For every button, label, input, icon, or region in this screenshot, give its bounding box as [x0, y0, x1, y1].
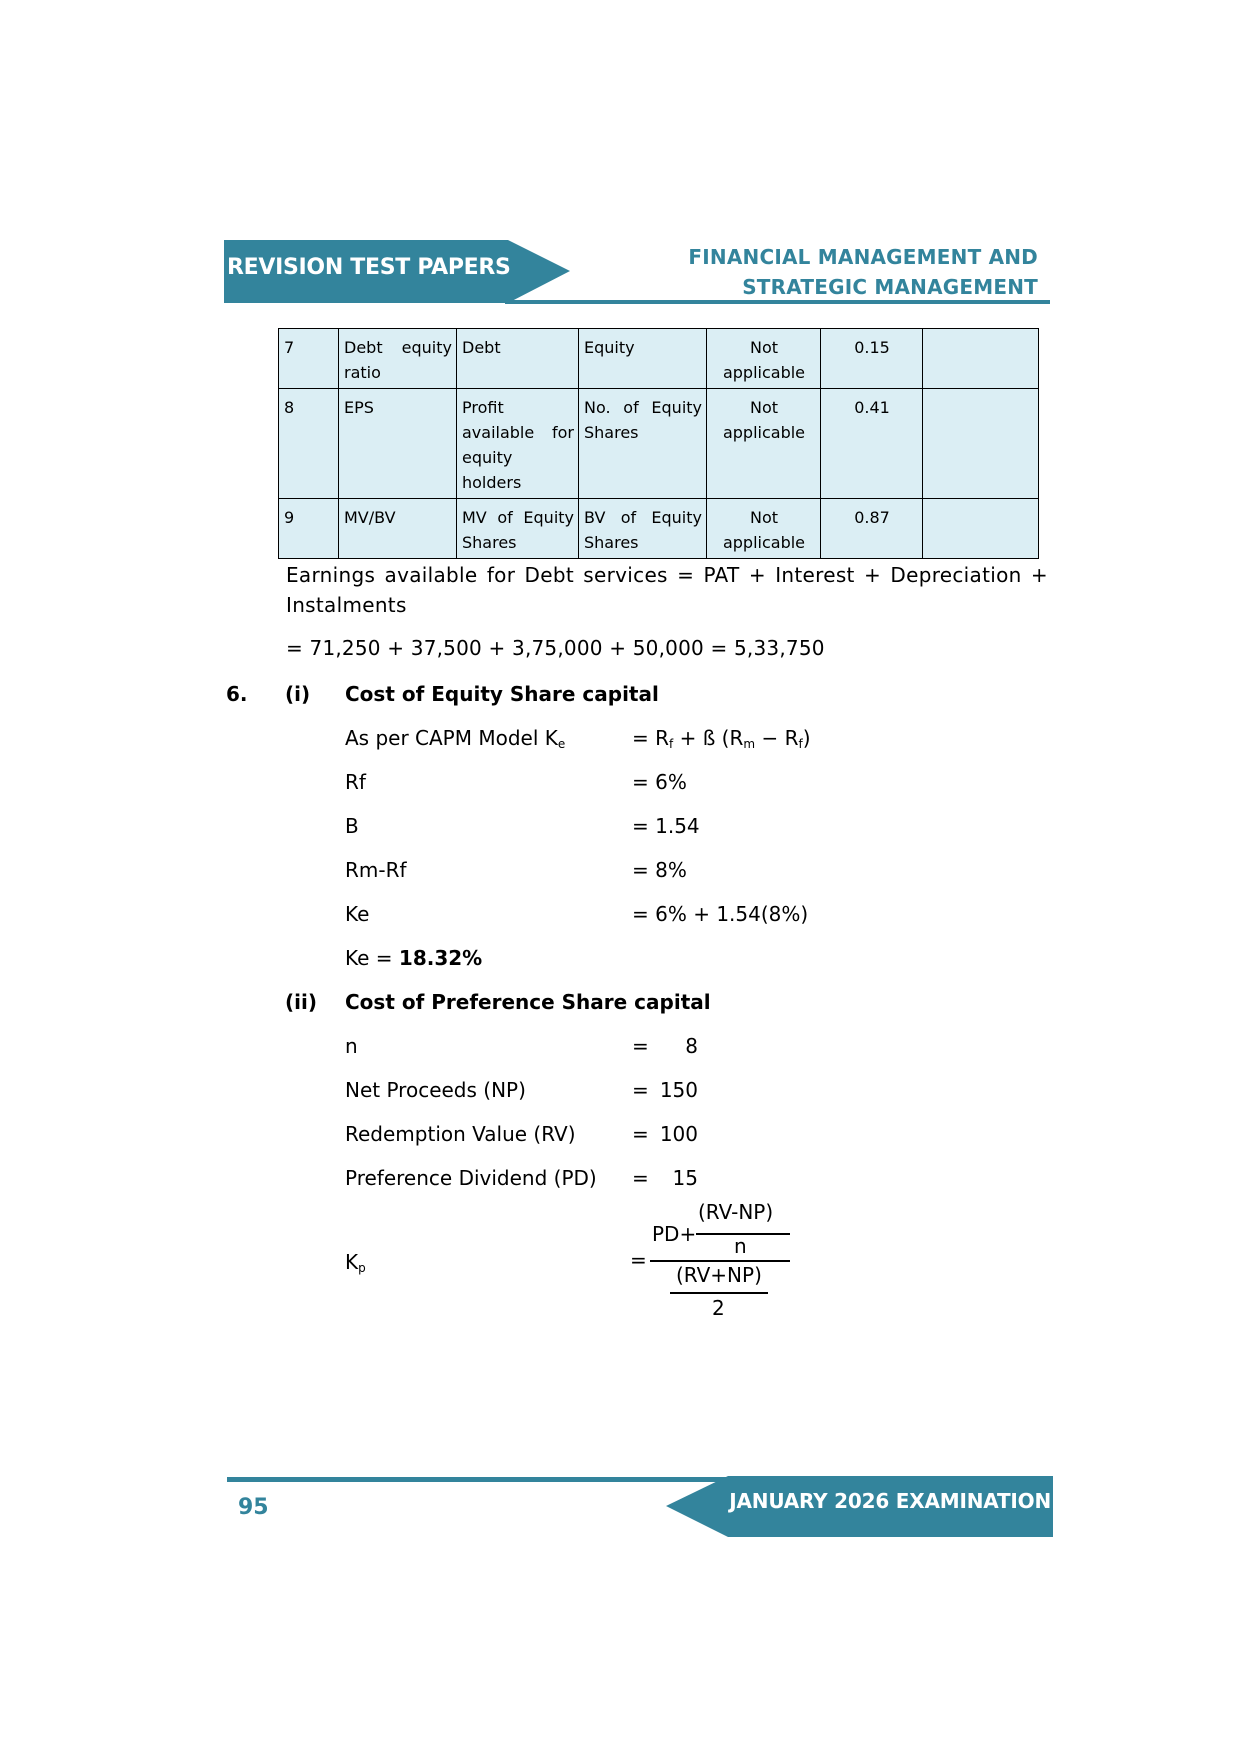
question-number: 6. [226, 680, 248, 708]
header-title: FINANCIAL MANAGEMENT AND STRATEGIC MANAG… [688, 242, 1038, 302]
earnings-definition-cont: Instalments [286, 590, 1048, 620]
cell-value: 0.41 [821, 389, 923, 499]
cell-ratio-name: MV/BV [339, 499, 457, 559]
cell-remarks [923, 499, 1039, 559]
ke-calculation: = 6% + 1.54(8%) [632, 900, 808, 928]
cell-denominator: BV of Equity Shares [579, 499, 707, 559]
rm-rf-value: = 8% [632, 856, 687, 884]
cell-value: 0.15 [821, 329, 923, 389]
pd-label: Preference Dividend (PD) [345, 1164, 597, 1192]
n-value: 8 [638, 1032, 698, 1060]
part-i-title: Cost of Equity Share capital [345, 680, 659, 708]
n-label: n [345, 1032, 358, 1060]
cell-numerator: Debt [457, 329, 579, 389]
table-row: 7Debt equity ratioDebtEquityNot applicab… [279, 329, 1039, 389]
kp-den-fraction-bar [670, 1292, 768, 1294]
earnings-line1: Earnings available for Debt services = P… [286, 563, 1048, 587]
ke-result: Ke = 18.32% [345, 944, 482, 972]
kp-formula: = PD+ (RV-NP) n (RV+NP) 2 [630, 1200, 830, 1330]
part-ii-label: (ii) [285, 988, 317, 1016]
kp-eq: = [630, 1248, 647, 1272]
ratio-table: 7Debt equity ratioDebtEquityNot applicab… [278, 328, 1039, 559]
kp-main-fraction-bar [650, 1260, 790, 1262]
cell-ratio-name: Debt equity ratio [339, 329, 457, 389]
cell-numerator: Profit available for equity holders [457, 389, 579, 499]
footer-banner: JANUARY 2026 EXAMINATION [666, 1476, 1053, 1537]
earnings-calculation: = 71,250 + 37,500 + 3,75,000 + 50,000 = … [286, 634, 825, 662]
np-label: Net Proceeds (NP) [345, 1076, 526, 1104]
table-row: 8EPSProfit available for equity holdersN… [279, 389, 1039, 499]
header-title-line1: FINANCIAL MANAGEMENT AND [688, 242, 1038, 272]
earnings-definition: Earnings available for Debt services = P… [286, 560, 1048, 590]
page-number: 95 [238, 1495, 269, 1520]
rf-label: Rf [345, 768, 366, 796]
cell-remarks [923, 389, 1039, 499]
kp-num-inner-bottom: n [734, 1234, 747, 1258]
cell-numerator: MV of Equity Shares [457, 499, 579, 559]
ke-result-value: 18.32% [399, 946, 482, 970]
cell-standard: Not applicable [707, 329, 821, 389]
rf-value: = 6% [632, 768, 687, 796]
cell-remarks [923, 329, 1039, 389]
cell-number: 9 [279, 499, 339, 559]
kp-num-inner-top: (RV-NP) [698, 1200, 773, 1224]
kp-den-top: (RV+NP) [676, 1263, 762, 1287]
ke-label: Ke [345, 900, 369, 928]
header-banner: REVISION TEST PAPERS [224, 240, 570, 303]
beta-label: B [345, 812, 359, 840]
cell-denominator: No. of Equity Shares [579, 389, 707, 499]
rv-value: 100 [638, 1120, 698, 1148]
cell-value: 0.87 [821, 499, 923, 559]
cell-number: 8 [279, 389, 339, 499]
kp-den-bottom: 2 [712, 1296, 725, 1320]
cell-standard: Not applicable [707, 499, 821, 559]
beta-value: = 1.54 [632, 812, 700, 840]
earnings-line2: Instalments [286, 593, 407, 617]
part-i-label: (i) [285, 680, 310, 708]
cell-standard: Not applicable [707, 389, 821, 499]
table-row: 9MV/BVMV of Equity SharesBV of Equity Sh… [279, 499, 1039, 559]
np-value: 150 [638, 1076, 698, 1104]
part-ii-title: Cost of Preference Share capital [345, 988, 711, 1016]
header-title-line2: STRATEGIC MANAGEMENT [688, 272, 1038, 302]
kp-label: Kp [345, 1248, 366, 1276]
capm-formula: = Rf + ß (Rm − Rf) [632, 724, 811, 752]
cell-number: 7 [279, 329, 339, 389]
cell-ratio-name: EPS [339, 389, 457, 499]
rm-rf-label: Rm-Rf [345, 856, 407, 884]
header-banner-label: REVISION TEST PAPERS [227, 255, 511, 280]
capm-label: As per CAPM Model Ke [345, 724, 565, 752]
rv-label: Redemption Value (RV) [345, 1120, 576, 1148]
pd-value: 15 [638, 1164, 698, 1192]
footer-banner-label: JANUARY 2026 EXAMINATION [729, 1489, 1051, 1513]
cell-denominator: Equity [579, 329, 707, 389]
kp-num-prefix: PD+ [652, 1222, 696, 1246]
